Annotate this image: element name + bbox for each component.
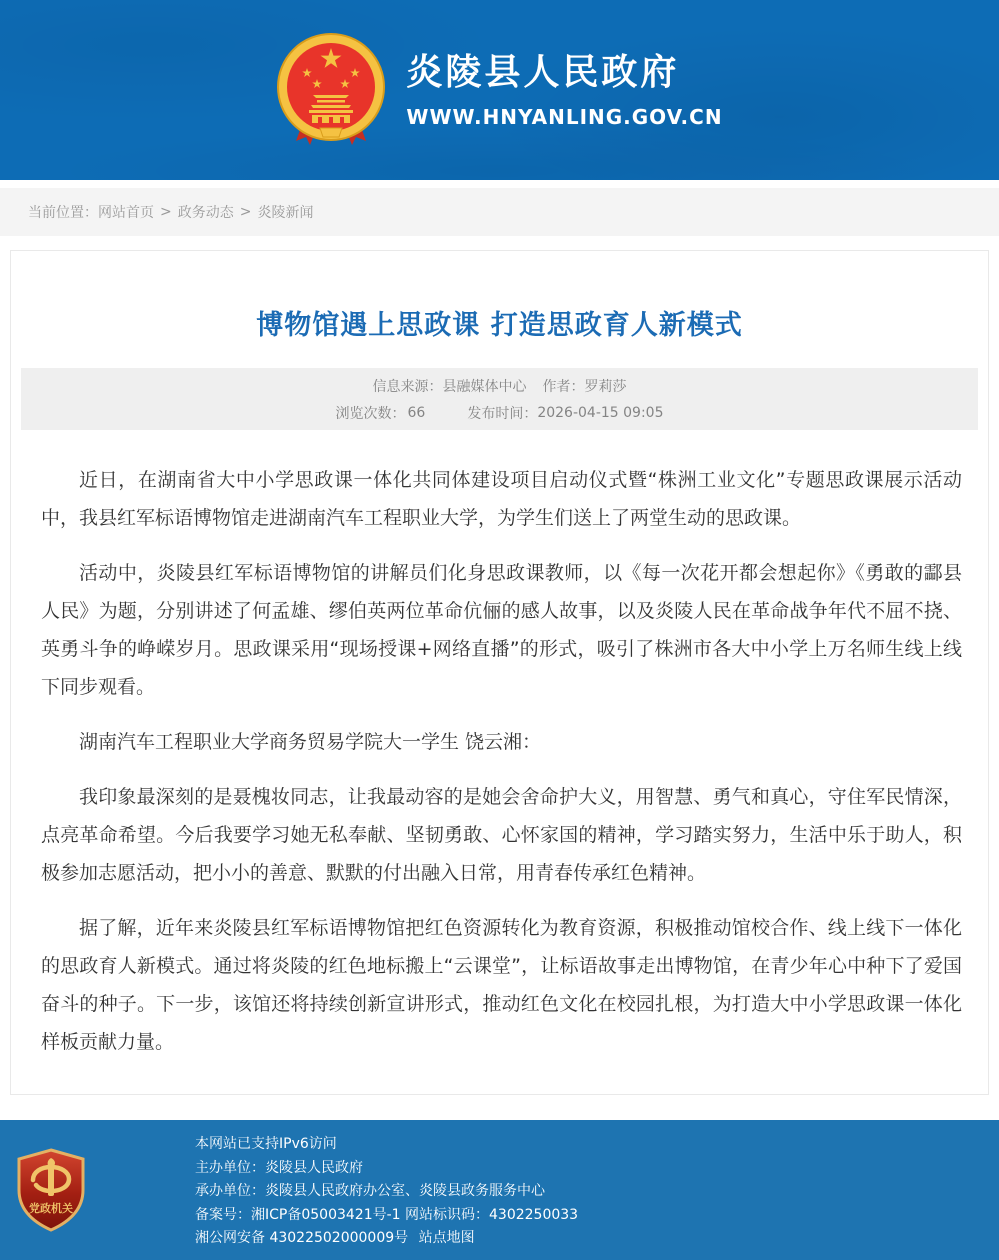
- article-paragraph: 湖南汽车工程职业大学商务贸易学院大一学生 饶云湘：: [41, 723, 962, 761]
- site-header: 炎陵县人民政府 WWW.HNYANLING.GOV.CN: [0, 0, 999, 180]
- national-emblem-icon: [276, 33, 386, 148]
- article-body: 近日，在湖南省大中小学思政课一体化共同体建设项目启动仪式暨“株洲工业文化”专题思…: [11, 430, 988, 1061]
- meta-row-source: 信息来源： 县融媒体中心 作者： 罗莉莎: [373, 376, 627, 396]
- footer-info: 本网站已支持IPv6访问 主办单位：炎陵县人民政府 承办单位：炎陵县人民政府办公…: [195, 1120, 578, 1251]
- breadcrumb-separator: >: [160, 204, 172, 220]
- meta-publish-label: 发布时间：: [467, 403, 537, 423]
- meta-author-label: 作者：: [543, 376, 585, 396]
- article-paragraph: 我印象最深刻的是聂槐妆同志，让我最动容的是她会舍命护大义，用智慧、勇气和真心，守…: [41, 778, 962, 892]
- site-title: 炎陵县人民政府: [406, 51, 722, 94]
- breadcrumb-label: 当前位置：: [28, 202, 98, 222]
- article-meta-band: 信息来源： 县融媒体中心 作者： 罗莉莎 浏览次数： 66 发布时间： 2026…: [21, 368, 978, 430]
- meta-source-value: 县融媒体中心: [443, 376, 527, 396]
- footer-icp-line: 备案号：湘ICP备05003421号-1 网站标识码：4302250033: [195, 1204, 578, 1228]
- article-paragraph: 活动中，炎陵县红军标语博物馆的讲解员们化身思政课教师，以《每一次花开都会想起你》…: [41, 554, 962, 706]
- sitemap-link[interactable]: 站点地图: [419, 1230, 475, 1246]
- meta-author-value: 罗莉莎: [585, 376, 627, 396]
- breadcrumb-item-home[interactable]: 网站首页: [98, 202, 154, 222]
- article-title: 博物馆遇上思政课 打造思政育人新模式: [11, 303, 988, 342]
- breadcrumb: 当前位置： 网站首页 > 政务动态 > 炎陵新闻: [0, 188, 999, 236]
- article-paragraph: 据了解，近年来炎陵县红军标语博物馆把红色资源转化为教育资源，积极推动馆校合作、线…: [41, 909, 962, 1061]
- site-url: WWW.HNYANLING.GOV.CN: [406, 105, 722, 129]
- party-gov-badge-icon[interactable]: 党政机关: [15, 1148, 87, 1232]
- article-paragraph: 近日，在湖南省大中小学思政课一体化共同体建设项目启动仪式暨“株洲工业文化”专题思…: [41, 461, 962, 537]
- footer-ipv6-line: 本网站已支持IPv6访问: [195, 1133, 578, 1157]
- footer-undertake-line: 承办单位：炎陵县人民政府办公室、炎陵县政务服务中心: [195, 1180, 578, 1204]
- meta-views-value: 66: [408, 405, 426, 421]
- footer-host-line: 主办单位：炎陵县人民政府: [195, 1157, 578, 1181]
- badge-label: 党政机关: [29, 1201, 73, 1215]
- site-footer: 党政机关 本网站已支持IPv6访问 主办单位：炎陵县人民政府 承办单位：炎陵县人…: [0, 1120, 999, 1260]
- meta-publish-value: 2026-04-15 09:05: [537, 405, 663, 421]
- footer-security-text: 湘公网安备 43022502000009号: [195, 1230, 408, 1246]
- site-identity: 炎陵县人民政府 WWW.HNYANLING.GOV.CN: [406, 51, 722, 128]
- footer-security-line: 湘公网安备 43022502000009号 站点地图: [195, 1227, 578, 1251]
- header-logo-group[interactable]: 炎陵县人民政府 WWW.HNYANLING.GOV.CN: [276, 33, 722, 148]
- breadcrumb-item-yanling-news[interactable]: 炎陵新闻: [257, 202, 313, 222]
- breadcrumb-item-gov-news[interactable]: 政务动态: [178, 202, 234, 222]
- meta-source-label: 信息来源：: [373, 376, 443, 396]
- article-card: 博物馆遇上思政课 打造思政育人新模式 信息来源： 县融媒体中心 作者： 罗莉莎 …: [10, 250, 989, 1095]
- meta-row-stats: 浏览次数： 66 发布时间： 2026-04-15 09:05: [336, 403, 664, 423]
- meta-views-label: 浏览次数：: [336, 403, 406, 423]
- breadcrumb-separator: >: [240, 204, 252, 220]
